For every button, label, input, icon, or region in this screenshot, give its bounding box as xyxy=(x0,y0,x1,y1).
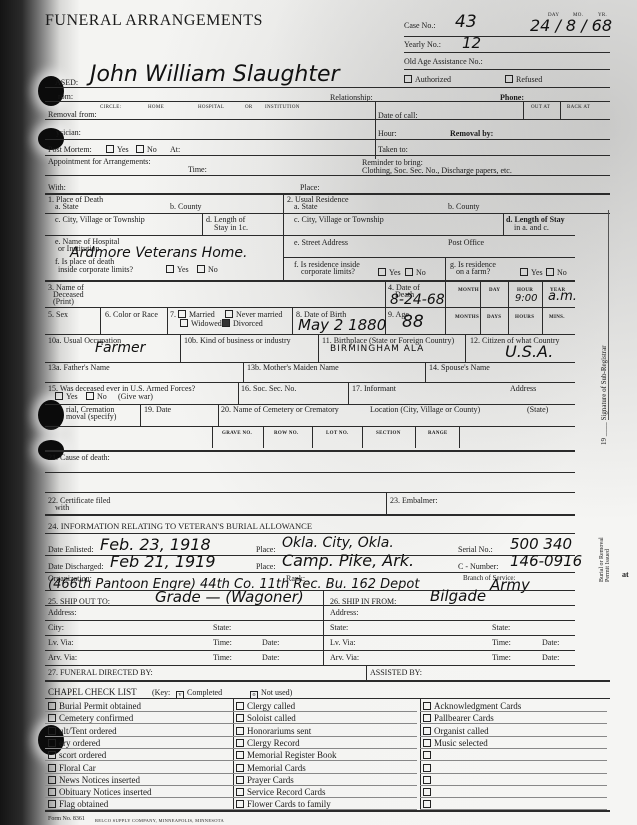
farm-label-2: on a farm? xyxy=(456,267,490,276)
enlisted-place-value[interactable]: Okla. City, Okla. xyxy=(282,535,394,551)
days-col-label: DAYS xyxy=(487,313,501,322)
publisher: RELCO SUPPLY COMPANY, MINNEAPOLIS, MINNE… xyxy=(95,816,224,825)
checklist-item[interactable]: Honorariums sent xyxy=(236,726,311,736)
spouse-name-label: 14. Spouse's Name xyxy=(429,363,490,372)
name-deceased-label-3: (Print) xyxy=(53,297,74,306)
checklist-item-label: Organist called xyxy=(434,726,489,736)
widowed-checkbox[interactable]: Widowed xyxy=(180,319,222,328)
citizen-value[interactable]: U.S.A. xyxy=(505,342,553,361)
cemetery-label: 20. Name of Cemetery or Crematory xyxy=(221,405,339,414)
date-value[interactable]: 24 / 8 / 68 xyxy=(530,16,612,35)
checkbox-icon[interactable] xyxy=(236,764,244,772)
ship-in-address-label: Address: xyxy=(330,608,358,617)
checklist-item[interactable] xyxy=(423,799,434,809)
residence-county-label: b. County xyxy=(448,202,480,211)
checklist-item[interactable]: Organist called xyxy=(423,726,489,736)
checklist-item[interactable]: Memorial Register Book xyxy=(236,750,337,760)
checkbox-icon[interactable] xyxy=(48,764,56,772)
checklist-item-label: Music selected xyxy=(434,738,488,748)
death-county-label: b. County xyxy=(170,202,202,211)
armed-forces-yes[interactable]: Yes xyxy=(55,392,78,401)
post-office-label: Post Office xyxy=(448,238,484,247)
street-address-label: e. Street Address xyxy=(294,238,348,247)
yearly-no-label: Yearly No.: xyxy=(404,40,441,49)
certificate-label-2: with xyxy=(55,503,69,512)
date-discharged-value[interactable]: Feb 21, 1919 xyxy=(110,552,216,571)
cemetery-state-label: (State) xyxy=(527,405,548,414)
ssn-label: 16. Soc. Sec. No. xyxy=(241,384,296,393)
day-col-label: DAY xyxy=(489,286,500,295)
checkbox-icon[interactable] xyxy=(48,714,56,722)
out-at-label: OUT AT xyxy=(531,103,550,112)
checkbox-icon[interactable] xyxy=(48,776,56,784)
removal-from-label: Removal from: xyxy=(48,110,97,119)
checklist-item-label: scort ordered xyxy=(59,750,106,760)
residence-inside-limits-label-2: corporate limits? xyxy=(301,267,355,276)
ship-in-state-label-2: State: xyxy=(492,623,510,632)
mother-name-label: 13b. Mother's Maiden Name xyxy=(247,363,339,372)
race-label: 6. Color or Race xyxy=(105,310,158,319)
age-value[interactable]: 88 xyxy=(402,312,424,332)
taken-to-label: Taken to: xyxy=(378,145,408,154)
checklist-item-label: Honorariums sent xyxy=(247,726,311,736)
serial-no-value[interactable]: 500 340 xyxy=(510,535,572,553)
checklist-item-label: Prayer Cards xyxy=(247,775,294,785)
deceased-label: ASED: xyxy=(55,78,78,87)
checklist-item-label: Flower Cards to family xyxy=(247,799,331,809)
sex-label: 5. Sex xyxy=(48,310,68,319)
circle-hospital[interactable]: HOSPITAL xyxy=(198,103,224,112)
death-city-label: c. City, Village or Township xyxy=(55,215,145,224)
checklist-item[interactable]: Burial Permit obtained xyxy=(48,701,141,711)
ship-in-state-label: State: xyxy=(330,623,348,632)
back-at-label: BACK AT xyxy=(567,103,590,112)
date-discharged-label: Date Discharged: xyxy=(48,562,104,571)
checklist-item-label: Memorial Cards xyxy=(247,763,306,773)
year-value[interactable]: a.m. xyxy=(548,289,577,304)
armed-forces-no[interactable]: No xyxy=(86,392,107,401)
farm-no[interactable]: No xyxy=(546,268,567,277)
checkbox-icon[interactable] xyxy=(423,800,431,808)
checklist-item[interactable]: Cemetery confirmed xyxy=(48,713,133,723)
c-number-value[interactable]: 146-0916 xyxy=(510,552,582,570)
residence-length-stay-label-2: in a. and c. xyxy=(514,223,549,232)
hour-value[interactable]: 9:00 xyxy=(515,293,537,304)
ship-in-lv-date-label: Date: xyxy=(542,638,559,647)
residence-inside-no[interactable]: No xyxy=(405,268,426,277)
checkbox-icon[interactable] xyxy=(423,714,431,722)
checklist-item[interactable]: Flag obtained xyxy=(48,799,108,809)
ship-in-lv-via-label: Lv. Via: xyxy=(330,638,356,647)
enlisted-place-label: Place: xyxy=(256,545,276,554)
form-title: FUNERAL ARRANGEMENTS xyxy=(45,12,263,30)
month-col-label: MONTH xyxy=(458,286,479,295)
checklist-item[interactable] xyxy=(423,763,434,773)
place-label: Place: xyxy=(300,183,320,192)
key-label: (Key: xyxy=(152,688,170,697)
checkbox-icon[interactable] xyxy=(423,739,431,747)
ship-out-state-label: State: xyxy=(213,623,231,632)
veteran-heading: 24. INFORMATION RELATING TO VETERAN'S BU… xyxy=(48,522,312,531)
case-no-label: Case No.: xyxy=(404,21,436,30)
checkbox-icon[interactable] xyxy=(236,788,244,796)
checklist-item-label: Burial Permit obtained xyxy=(59,701,141,711)
cause-of-death-label: 21. Cause of death: xyxy=(48,453,110,462)
removal-by-label: Removal by: xyxy=(450,129,493,138)
divorced-checkbox[interactable]: Divorced xyxy=(222,319,263,328)
checkbox-icon[interactable] xyxy=(236,727,244,735)
from-label: rom: xyxy=(58,92,73,101)
married-checkbox[interactable]: 7. Married xyxy=(170,310,215,319)
checklist-item[interactable] xyxy=(423,787,434,797)
yearly-no-value[interactable]: 12 xyxy=(462,34,481,52)
c-number-label: C - Number: xyxy=(458,562,498,571)
ship-out-lv-time-label: Time: xyxy=(213,638,232,647)
serial-no-label: Serial No.: xyxy=(458,545,493,554)
death-inside-limits-label-2: inside corporate limits? xyxy=(58,265,133,274)
checklist-item[interactable]: Acknowledgment Cards xyxy=(423,701,521,711)
residence-inside-yes[interactable]: Yes xyxy=(378,268,401,277)
authorized-checkbox[interactable]: Authorized xyxy=(404,75,451,84)
checkbox-icon[interactable] xyxy=(236,702,244,710)
circle-home[interactable]: HOME xyxy=(148,103,164,112)
date-19-label: 19. Date xyxy=(144,405,171,414)
checklist-item-label: Floral Car xyxy=(59,763,96,773)
time-label: Time: xyxy=(188,165,207,174)
hour-label: Hour: xyxy=(378,129,397,138)
checklist-item-label: ult/Tent ordered xyxy=(59,726,117,736)
ship-out-arv-via-label: Arv. Via: xyxy=(48,653,77,662)
ship-out-address-label: Address: xyxy=(48,608,76,617)
give-war-label: (Give war) xyxy=(118,392,153,401)
business-label: 10b. Kind of business or industry xyxy=(184,336,291,345)
lot-no-label: LOT NO. xyxy=(326,429,349,438)
funeral-directed-label: 27. FUNERAL DIRECTED BY: xyxy=(48,668,153,677)
post-mortem-no[interactable]: No xyxy=(136,145,157,154)
range-label: RANGE xyxy=(428,429,448,438)
residence-state-label: a. State xyxy=(294,202,318,211)
form-number: Form No. 8361 xyxy=(48,815,85,824)
checklist-item-label: Service Record Cards xyxy=(247,787,325,797)
ship-out-lv-via-label: Lv. Via: xyxy=(48,638,74,647)
deceased-name[interactable]: John William Slaughter xyxy=(90,62,340,87)
section-label: SECTION xyxy=(376,429,401,438)
chapel-checklist-heading: CHAPEL CHECK LIST xyxy=(48,688,137,697)
checkbox-icon[interactable] xyxy=(236,739,244,747)
circle-institution[interactable]: INSTITUTION xyxy=(265,103,300,112)
checklist-item[interactable]: Obituary Notices inserted xyxy=(48,787,151,797)
informant-address-label: Address xyxy=(510,384,536,393)
checklist-item-label: Pallbearer Cards xyxy=(434,713,494,723)
old-age-label: Old Age Assistance No.: xyxy=(404,57,483,66)
occupation-value[interactable]: Farmer xyxy=(95,340,145,356)
burial-permit-side-label: Burial or Removal Permit Issued xyxy=(599,532,611,582)
ship-out-value[interactable]: Grade — (Wagoner) xyxy=(155,588,304,606)
circle-label: CIRCLE: xyxy=(100,103,121,112)
ship-in-arv-time-label: Time: xyxy=(492,653,511,662)
checklist-item[interactable]: Clergy called xyxy=(236,701,295,711)
funeral-arrangements-form: FUNERAL ARRANGEMENTS Case No.: 43 DAY MO… xyxy=(0,0,637,825)
checklist-item-label: Soloist called xyxy=(247,713,296,723)
checklist-item-label: Cemetery confirmed xyxy=(59,713,133,723)
ship-out-arv-date-label: Date: xyxy=(262,653,279,662)
checklist-item-label: Obituary Notices inserted xyxy=(59,787,151,797)
father-name-label: 13a. Father's Name xyxy=(48,363,110,372)
ship-out-city-label: City: xyxy=(48,623,64,632)
checkbox-icon[interactable] xyxy=(423,764,431,772)
checkbox-icon[interactable] xyxy=(236,751,244,759)
checkbox-icon[interactable] xyxy=(48,739,56,747)
embalmer-label: 23. Embalmer: xyxy=(390,496,438,505)
assisted-by-label: ASSISTED BY: xyxy=(370,668,422,677)
sub-registrar-signature-label: 19 ____ Signature of Sub-Registrar xyxy=(600,345,608,445)
checkbox-icon[interactable] xyxy=(423,751,431,759)
checklist-item[interactable]: Prayer Cards xyxy=(236,775,294,785)
margin-at: at xyxy=(622,570,629,579)
grave-no-label: GRAVE NO. xyxy=(222,429,252,438)
hours-col-label: HOURS xyxy=(515,313,534,322)
checklist-item-label: Flag obtained xyxy=(59,799,108,809)
checkbox-icon[interactable] xyxy=(423,702,431,710)
checklist-item[interactable]: scort ordered xyxy=(48,750,106,760)
checklist-item-label: News Notices inserted xyxy=(59,775,140,785)
never-married-checkbox[interactable]: Never married xyxy=(225,310,282,319)
ship-in-arv-via-label: Arv. Via: xyxy=(330,653,359,662)
checklist-item[interactable]: Music selected xyxy=(423,738,488,748)
ship-out-lv-date-label: Date: xyxy=(262,638,279,647)
discharged-place-label: Place: xyxy=(256,562,276,571)
post-mortem-label: Post Mortem: xyxy=(48,145,92,154)
checkbox-icon[interactable] xyxy=(48,788,56,796)
ship-in-arv-date-label: Date: xyxy=(542,653,559,662)
case-no-value[interactable]: 43 xyxy=(455,12,477,32)
checkbox-icon[interactable] xyxy=(423,776,431,784)
checklist-item[interactable]: Service Record Cards xyxy=(236,787,325,797)
checklist-item[interactable]: Floral Car xyxy=(48,763,96,773)
checklist-item[interactable]: Flower Cards to family xyxy=(236,799,331,809)
ship-in-value[interactable]: Bilgade xyxy=(430,587,486,605)
checklist-item[interactable]: Clergy Record xyxy=(236,738,300,748)
checklist-item[interactable]: News Notices inserted xyxy=(48,775,140,785)
residence-city-label: c. City, Village or Township xyxy=(294,215,384,224)
death-length-stay-label-2: Stay in 1c. xyxy=(214,223,248,232)
checklist-item[interactable]: Soloist called xyxy=(236,713,296,723)
date-of-birth-value[interactable]: May 2 1880 xyxy=(298,316,386,334)
appointment-label: Appointment for Arrangements: xyxy=(48,157,151,166)
checklist-item[interactable]: ult/Tent ordered xyxy=(48,726,117,736)
checklist-item-label: ery ordered xyxy=(59,738,100,748)
location-label: Location (City, Village or County) xyxy=(370,405,480,414)
burial-label-2: moval (specify) xyxy=(66,412,116,421)
months-col-label: MONTHS xyxy=(455,313,479,322)
ship-out-arv-time-label: Time: xyxy=(213,653,232,662)
date-of-death-value[interactable]: 8-24-68 xyxy=(390,292,445,308)
informant-label: 17. Informant xyxy=(352,384,396,393)
checkbox-icon[interactable] xyxy=(236,776,244,784)
checkbox-icon[interactable] xyxy=(48,751,56,759)
death-inside-yes[interactable]: Yes xyxy=(166,265,189,274)
checklist-item[interactable]: Pallbearer Cards xyxy=(423,713,494,723)
checklist-item-label: Memorial Register Book xyxy=(247,750,337,760)
row-no-label: ROW NO. xyxy=(274,429,299,438)
post-mortem-yes[interactable]: Yes xyxy=(106,145,129,154)
ship-in-lv-time-label: Time: xyxy=(492,638,511,647)
checklist-item[interactable] xyxy=(423,750,434,760)
checkbox-icon[interactable] xyxy=(236,800,244,808)
mins-col-label: MINS. xyxy=(549,313,565,322)
checkbox-icon[interactable] xyxy=(236,714,244,722)
checkbox-icon[interactable] xyxy=(423,788,431,796)
birthplace-value[interactable]: BIRMINGHAM ALA xyxy=(330,344,424,354)
farm-yes[interactable]: Yes xyxy=(520,268,543,277)
with-label: With: xyxy=(48,183,66,192)
at-label: At: xyxy=(170,145,180,154)
death-state-label: a. State xyxy=(55,202,79,211)
checkbox-icon[interactable] xyxy=(48,800,56,808)
checklist-item[interactable]: Memorial Cards xyxy=(236,763,306,773)
date-enlisted-label: Date Enlisted: xyxy=(48,545,94,554)
checklist-item[interactable] xyxy=(423,775,434,785)
reminder-items: Clothing, Soc. Sec. No., Discharge paper… xyxy=(362,166,512,175)
discharged-place-value[interactable]: Camp. Pike, Ark. xyxy=(282,551,414,570)
branch-value[interactable]: Army xyxy=(490,576,530,594)
checklist-item-label: Clergy Record xyxy=(247,738,300,748)
physician-label: ysician: xyxy=(56,128,81,137)
refused-checkbox[interactable]: Refused xyxy=(505,75,542,84)
checkbox-icon[interactable] xyxy=(48,727,56,735)
checkbox-icon[interactable] xyxy=(48,702,56,710)
checkbox-icon[interactable] xyxy=(423,727,431,735)
checklist-item-label: Clergy called xyxy=(247,701,295,711)
rank-label: Rank: xyxy=(286,574,305,583)
checklist-item-label: Acknowledgment Cards xyxy=(434,701,521,711)
death-inside-no[interactable]: No xyxy=(197,265,218,274)
checklist-item[interactable]: ery ordered xyxy=(48,738,100,748)
circle-or: OR xyxy=(245,103,253,112)
